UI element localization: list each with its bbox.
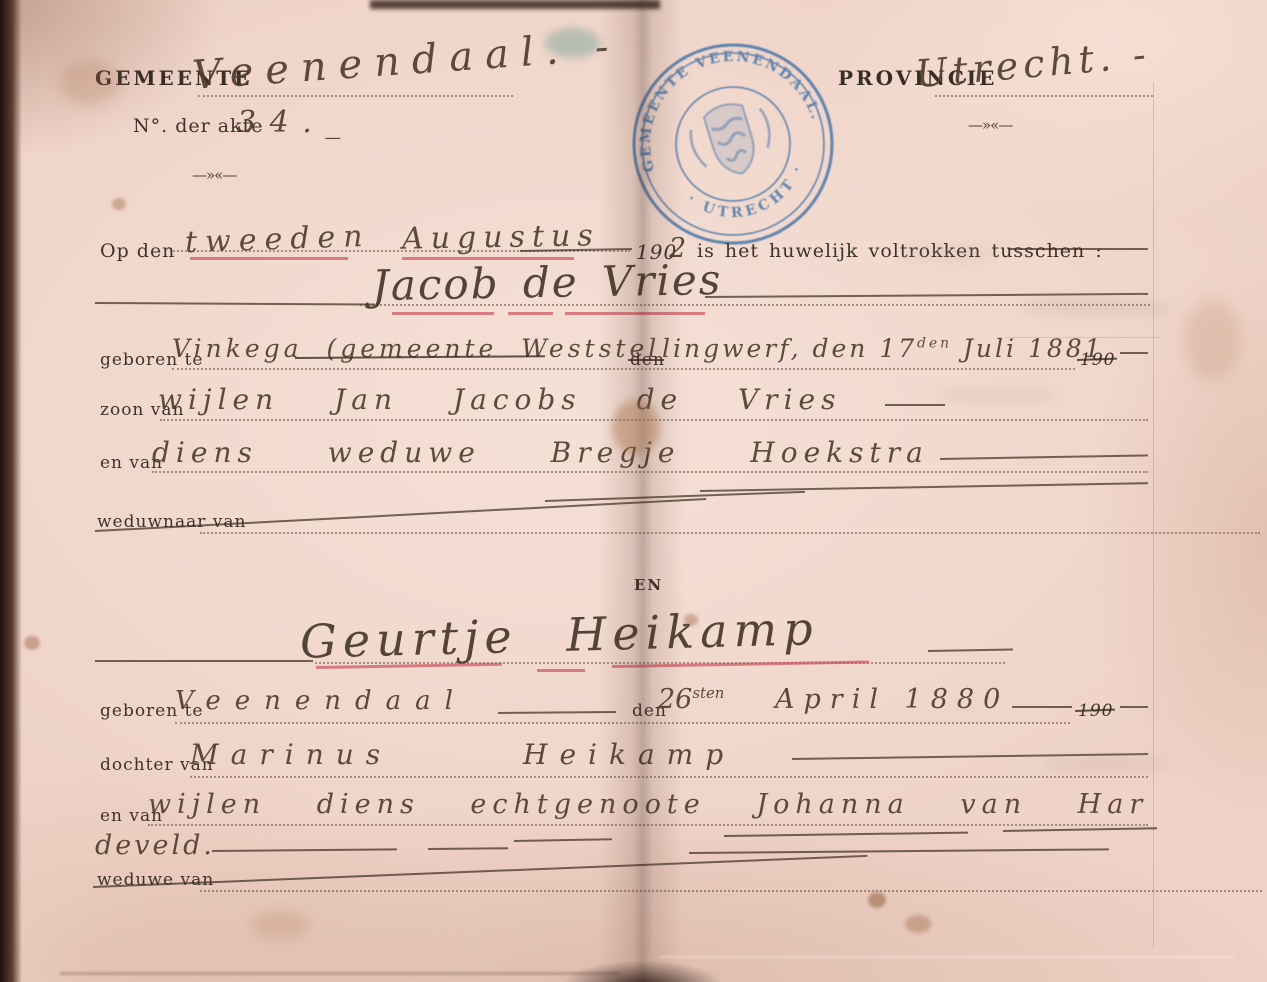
stamp-coat-of-arms [684, 94, 780, 185]
provincie-handwritten-value: Utrecht. - [914, 32, 1153, 96]
groom-born-date-suffix: den [917, 336, 952, 352]
red-underline [537, 669, 585, 672]
pen-stroke [1003, 827, 1157, 832]
svg-text:· UTRECHT ·: · UTRECHT · [681, 157, 816, 236]
groom-mother-handwritten: diens weduwe Bregje Hoekstra [152, 436, 929, 469]
top-edge-page-gap [370, 0, 660, 9]
paper-stain [112, 198, 126, 210]
stamp-arc-bottom-text: · UTRECHT · [681, 157, 816, 236]
bride-mother-continued-handwritten: develd. [95, 830, 215, 861]
bride-born-day-suffix: sten [692, 684, 724, 702]
paper-stain [684, 614, 698, 626]
ink-stain-teal [545, 28, 600, 58]
pen-stroke [724, 832, 968, 837]
groom-born-place-handwritten: Vinkega (gemeente Weststel [172, 334, 660, 363]
bride-born-date-handwritten: April 1880 [775, 684, 1009, 715]
provincie-dotted-line [935, 95, 1153, 97]
pen-stroke [1012, 706, 1072, 708]
widower-dotted-line [200, 532, 1260, 534]
marriage-certificate-scan: GEMEENTE Veenendaal. - N°. der akte 3 4 … [0, 0, 1267, 982]
wedding-day-handwritten: tweeden [184, 219, 371, 260]
bride-name-handwritten: Geurtje Heikamp [299, 601, 819, 669]
groom-born-date-handwritten: lingwerf, den 17den Juli 1881 [662, 334, 1104, 363]
pen-stroke [940, 454, 1148, 460]
right-page-stack-highlight [660, 956, 1235, 958]
red-underline [392, 312, 494, 315]
paper-stain [24, 636, 40, 650]
pen-stroke [1120, 352, 1148, 354]
gutter-fold-shadow [598, 0, 684, 982]
paper-stain [612, 400, 660, 455]
pen-stroke [885, 404, 945, 406]
paper-stain [905, 915, 931, 933]
bottom-gutter-shadow [560, 960, 725, 982]
pen-stroke [689, 848, 1109, 854]
paper-stain [1185, 300, 1240, 380]
akte-number-value: 3 4 . _ [237, 105, 342, 140]
pen-stroke [428, 847, 508, 850]
right-text-block-crease [1153, 82, 1154, 948]
red-underline [508, 312, 553, 315]
groom-born-date-pre: lingwerf, den 17 [662, 334, 917, 363]
bleed-through-smudge [935, 388, 1055, 402]
paper-stain [868, 892, 886, 908]
bleed-through-rule [1005, 337, 1160, 338]
groom-father-handwritten: wijlen Jan Jacobs de Vries [158, 383, 841, 416]
pen-stroke [95, 660, 313, 662]
pen-stroke [212, 848, 397, 852]
op-den-label: Op den [100, 240, 175, 262]
binding-edge-shadow [0, 0, 22, 982]
pen-stroke [928, 649, 1013, 652]
widow-dotted-line [200, 890, 1262, 892]
pen-stroke [700, 482, 1148, 492]
red-underline [190, 257, 348, 260]
pen-stroke [1120, 706, 1148, 708]
bleed-through-smudge [900, 248, 990, 260]
bleed-through-smudge [1040, 756, 1170, 772]
bleed-through-smudge [1020, 295, 1171, 318]
paper-stain [250, 910, 310, 940]
right-divider-ornament: —»«— [968, 116, 1012, 134]
bottom-page-edge [60, 972, 620, 975]
pen-stroke [1008, 248, 1148, 250]
pen-stroke [95, 302, 375, 305]
bride-born-place-handwritten: Veenendaal [175, 686, 467, 716]
left-divider-ornament: —»«— [192, 166, 236, 184]
paper-stain [60, 60, 120, 105]
